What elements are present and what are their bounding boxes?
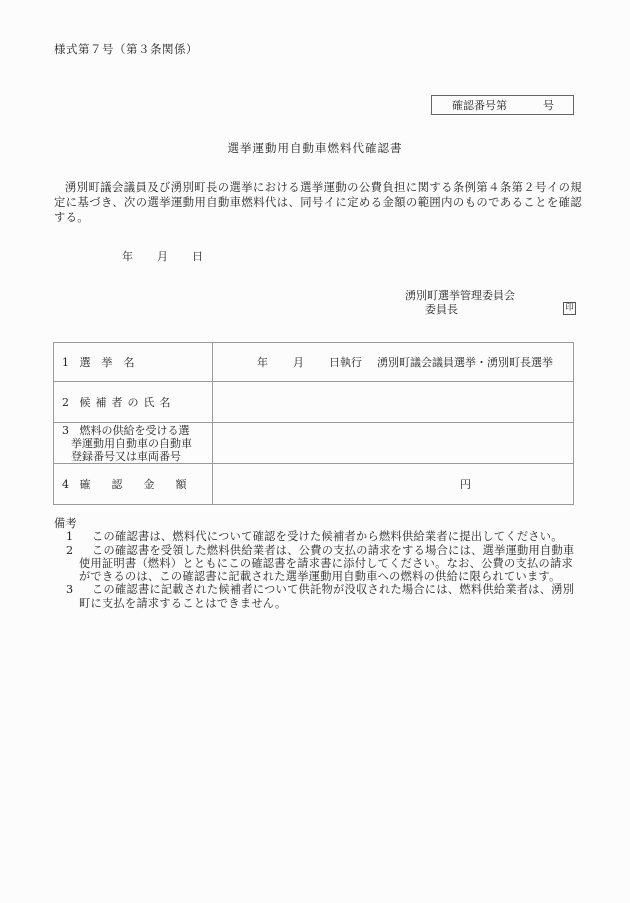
note-number: 3 — [66, 583, 92, 596]
row-label: 選 挙 名 — [80, 356, 135, 369]
confirmation-number-label: 確認番号第 — [452, 97, 507, 113]
body-text: 湧別町議会議員及び湧別町長の選挙における選挙運動の公費負担に関する条例第４条第２… — [54, 180, 582, 225]
note-item: 3この確認書に記載された候補者について供託物が没収された場合には、燃料供給業者は… — [54, 583, 584, 610]
issuer-organization: 湧別町選挙管理委員会 — [405, 289, 515, 303]
row-label: 確 認 金 額 — [80, 478, 192, 491]
date-line: 年 月 日 — [122, 248, 203, 264]
issuer-block: 湧別町選挙管理委員会 委員長 — [405, 289, 515, 317]
election-day-executed: 日執行 — [329, 354, 362, 370]
confirmation-number-box: 確認番号第 号 — [431, 95, 574, 115]
vehicle-value-cell[interactable] — [213, 423, 574, 464]
vehicle-label-cell: 3 燃料の供給を受ける選 挙運動用自動車の自動車 登録番号又は車両番号 — [54, 423, 213, 464]
issuer-title: 委員長 — [405, 303, 515, 317]
row-number: 4 — [62, 478, 69, 491]
candidate-value-cell[interactable] — [213, 382, 574, 423]
election-month: 月 — [293, 354, 304, 370]
date-year: 年 — [122, 248, 133, 264]
election-value-cell[interactable]: 年 月 日執行 湧別町議会議員選挙・湧別町長選挙 — [213, 343, 574, 382]
form-id: 様式第７号（第３条関係） — [54, 41, 198, 57]
confirmation-number-suffix: 号 — [543, 97, 554, 113]
date-day: 日 — [192, 248, 203, 264]
row-number: 3 — [62, 424, 69, 437]
note-text: この確認書を受領した燃料供給業者は、公費の支払の請求をする場合には、選挙運動用自… — [79, 544, 574, 584]
seal-mark: 印 — [563, 302, 576, 315]
note-number: 1 — [66, 530, 92, 543]
date-month: 月 — [157, 248, 168, 264]
row-number: 2 — [62, 396, 69, 409]
row-label-line: 登録番号又は車両番号 — [62, 450, 212, 463]
table-row-candidate: 2 候補者の氏名 — [54, 382, 574, 423]
amount-label-cell: 4 確 認 金 額 — [54, 464, 213, 505]
note-item: 1この確認書は、燃料代について確認を受けた候補者から燃料供給業者に提出してくださ… — [54, 530, 584, 543]
note-number: 2 — [66, 544, 92, 557]
amount-value-cell[interactable]: 円 — [213, 464, 574, 505]
election-label-cell: 1 選 挙 名 — [54, 343, 213, 382]
candidate-label-cell: 2 候補者の氏名 — [54, 382, 213, 423]
row-label-line: 燃料の供給を受ける選 — [80, 424, 190, 437]
yen-unit: 円 — [460, 478, 471, 491]
row-number: 1 — [62, 356, 69, 369]
notes-heading: 備考 — [54, 517, 584, 530]
notes-section: 備考 1この確認書は、燃料代について確認を受けた候補者から燃料供給業者に提出して… — [54, 517, 584, 610]
table-row-vehicle: 3 燃料の供給を受ける選 挙運動用自動車の自動車 登録番号又は車両番号 — [54, 423, 574, 464]
election-name: 湧別町議会議員選挙・湧別町長選挙 — [377, 354, 553, 370]
document-title: 選挙運動用自動車燃料代確認書 — [0, 140, 630, 156]
table-row-amount: 4 確 認 金 額 円 — [54, 464, 574, 505]
table-row-election: 1 選 挙 名 年 月 日執行 湧別町議会議員選挙・湧別町長選挙 — [54, 343, 574, 382]
row-label: 候補者の氏名 — [80, 396, 176, 409]
election-year: 年 — [257, 354, 268, 370]
note-text: この確認書は、燃料代について確認を受けた候補者から燃料供給業者に提出してください… — [92, 530, 563, 543]
note-item: 2この確認書を受領した燃料供給業者は、公費の支払の請求をする場合には、選挙運動用… — [54, 544, 584, 584]
row-label-line: 挙運動用自動車の自動車 — [62, 437, 212, 450]
note-text: この確認書に記載された候補者について供託物が没収された場合には、燃料供給業者は、… — [79, 583, 574, 609]
confirmation-table: 1 選 挙 名 年 月 日執行 湧別町議会議員選挙・湧別町長選挙 2 候補者の氏… — [53, 342, 574, 505]
